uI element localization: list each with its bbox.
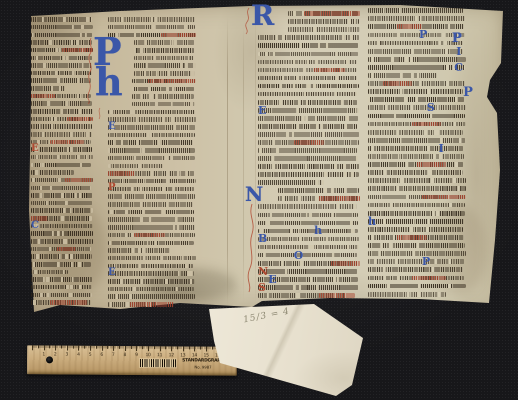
slip-inscription: 15/3 = 4 — [242, 307, 290, 326]
photo-stage: ECEPEEhBONESPICPSIhP PhRNP 1234567891011… — [0, 0, 518, 400]
ruler-tick — [119, 346, 120, 349]
ruler-number: 5 — [85, 352, 95, 357]
ruler-tick — [171, 346, 172, 351]
ruler-tick — [183, 346, 184, 351]
ruler-number: 9 — [131, 352, 141, 357]
ruler-tick — [44, 345, 45, 350]
ruler-tick — [125, 346, 126, 351]
large-initial: h — [95, 66, 123, 98]
ruler-tick — [212, 347, 213, 350]
large-initial: R — [251, 4, 274, 28]
large-initial: P — [452, 33, 462, 44]
ruler-tick — [200, 346, 201, 349]
ruler-number: 4 — [73, 352, 83, 357]
ruler-number: 8 — [120, 352, 130, 357]
ruler-tick — [206, 347, 207, 352]
ruler-tick — [102, 346, 103, 351]
ruler-tick — [142, 346, 143, 349]
ruler-tick — [131, 346, 132, 349]
ruler-tick — [154, 346, 155, 349]
ruler-tick — [194, 346, 195, 351]
ruler-model-label: No. 9987 — [179, 364, 227, 369]
ruler-number: 15 — [201, 353, 211, 358]
ruler-number: 12 — [166, 353, 176, 358]
ruler-tick — [113, 346, 114, 351]
ruler-tick — [38, 345, 39, 348]
ruler-number: 14 — [189, 353, 199, 358]
ruler-tick — [177, 346, 178, 349]
ruler-hole — [46, 356, 53, 363]
ruler-tick — [49, 345, 50, 348]
ruler-number: 11 — [155, 353, 165, 358]
ruler-number: 7 — [108, 352, 118, 357]
ruler-tick — [61, 346, 62, 349]
ruler-number: 6 — [97, 352, 107, 357]
ruler-tick — [67, 346, 68, 351]
ruler-tick — [165, 346, 166, 349]
ruler-number: 10 — [143, 353, 153, 358]
ruler-tick — [55, 345, 56, 350]
ruler-number: 3 — [62, 352, 72, 357]
ruler: 1234567891011121314151617 STANDARDGRAPH … — [27, 345, 237, 375]
ruler-tick — [78, 346, 79, 351]
ruler-tick — [189, 346, 190, 349]
ruler-tick — [90, 346, 91, 351]
ruler-tick — [73, 346, 74, 349]
ruler-tick — [107, 346, 108, 349]
ruler-barcode — [140, 359, 176, 367]
ruler-number: 13 — [178, 353, 188, 358]
ruler-tick — [136, 346, 137, 351]
ruler-tick — [148, 346, 149, 351]
ruler-tick — [84, 346, 85, 349]
ruler-tick — [160, 346, 161, 351]
ruler-tick — [96, 346, 97, 349]
large-initial: N — [245, 186, 263, 203]
ruler-tick — [32, 345, 33, 350]
